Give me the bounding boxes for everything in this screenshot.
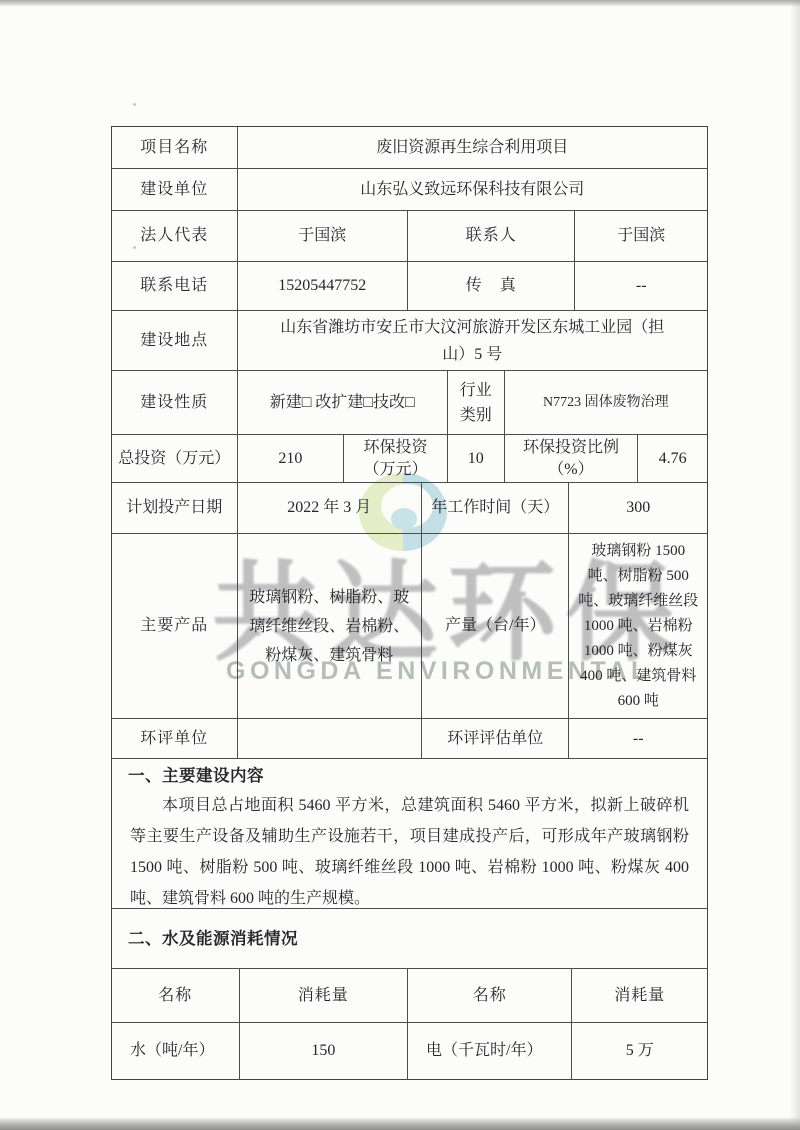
water-value: 150 [240,1023,408,1079]
phone-value: 15205447752 [238,262,408,310]
schedule-value: 2022 年 3 月 [238,483,422,533]
schedule-label: 计划投产日期 [112,483,238,533]
location-label: 建设地点 [112,311,238,370]
total-investment-value: 210 [238,435,345,482]
section-construction-content: 一、主要建设内容 本项目总占地面积 5460 平方米，总建筑面积 5460 平方… [112,759,707,909]
env-investment-label: 环保投资 （万元） [344,435,448,482]
products-label: 主要产品 [112,534,238,718]
project-name-value: 废旧资源再生综合利用项目 [238,127,707,168]
section1-paragraph: 本项目总占地面积 5460 平方米，总建筑面积 5460 平方米，拟新上破碎机等… [130,790,689,914]
scan-speck [133,103,136,106]
phone-label: 联系电话 [112,262,238,310]
section2-title: 二、水及能源消耗情况 [128,927,298,951]
row-location: 建设地点 山东省潍坊市安丘市大汶河旅游开发区东城工业园（担 山）5 号 [112,311,707,371]
products-value: 玻璃钢粉、树脂粉、玻 璃纤维丝段、岩棉粉、 粉煤灰、建筑骨料 [238,534,422,718]
fax-value: -- [575,262,707,310]
consumption-header-name-2: 名称 [408,969,572,1022]
output-value: 玻璃钢粉 1500 吨、树脂粉 500 吨、玻璃纤维丝段 1000 吨、岩棉粉 … [569,534,707,718]
location-value: 山东省潍坊市安丘市大汶河旅游开发区东城工业园（担 山）5 号 [238,311,707,370]
worktime-label: 年工作时间（天） [422,483,570,533]
consumption-header-name-1: 名称 [112,969,240,1022]
scan-edge-right [790,0,800,1130]
project-name-label: 项目名称 [112,127,238,168]
water-label: 水（吨/年） [112,1023,240,1079]
fax-label: 传 真 [408,262,575,310]
total-investment-label: 总投资（万元） [112,435,238,482]
nature-checkboxes: 新建□ 改扩建□技改□ [238,371,448,434]
electricity-value: 5 万 [572,1023,707,1079]
consumption-data-row: 水（吨/年） 150 电（千瓦时/年） 5 万 [112,1023,707,1079]
contact-value: 于国滨 [575,211,707,261]
builder-label: 建设单位 [112,169,238,210]
worktime-value: 300 [569,483,707,533]
nature-label: 建设性质 [112,371,238,434]
project-info-table: 项目名称 废旧资源再生综合利用项目 建设单位 山东弘义致远环保科技有限公司 法人… [111,126,708,1080]
row-project-name: 项目名称 废旧资源再生综合利用项目 [112,127,707,169]
scanned-document-page: 共达环保 GONGDA ENVIRONMENTAL 项目名称 废旧资源再生综合利… [0,0,800,1130]
env-ratio-value: 4.76 [638,435,707,482]
scan-edge-top [0,0,800,7]
builder-value: 山东弘义致远环保科技有限公司 [238,169,707,210]
contact-label: 联系人 [408,211,575,261]
electricity-label: 电（千瓦时/年） [408,1023,572,1079]
row-products: 主要产品 玻璃钢粉、树脂粉、玻 璃纤维丝段、岩棉粉、 粉煤灰、建筑骨料 产量（台… [112,534,707,719]
row-builder: 建设单位 山东弘义致远环保科技有限公司 [112,169,707,211]
eia-assess-label: 环评评估单位 [422,719,570,758]
legal-rep-label: 法人代表 [112,211,238,261]
row-nature: 建设性质 新建□ 改扩建□技改□ 行业 类别 N7723 固体废物治理 [112,371,707,435]
industry-class-label: 行业 类别 [448,371,505,434]
scan-edge-bottom [0,1117,800,1130]
row-legal-rep: 法人代表 于国滨 联系人 于国滨 [112,211,707,262]
legal-rep-value: 于国滨 [238,211,408,261]
section-water-energy: 二、水及能源消耗情况 [112,909,707,969]
row-eia: 环评单位 环评评估单位 -- [112,719,707,759]
eia-assess-value: -- [569,719,707,758]
consumption-header-amount-2: 消耗量 [572,969,707,1022]
env-investment-value: 10 [448,435,505,482]
eia-unit-label: 环评单位 [112,719,238,758]
scan-speck [133,246,136,249]
output-label: 产量（台/年） [422,534,570,718]
industry-class-value: N7723 固体废物治理 [505,371,707,434]
eia-unit-value [238,719,422,758]
row-schedule: 计划投产日期 2022 年 3 月 年工作时间（天） 300 [112,483,707,534]
row-investment: 总投资（万元） 210 环保投资 （万元） 10 环保投资比例 （%） 4.76 [112,435,707,483]
row-phone: 联系电话 15205447752 传 真 -- [112,262,707,311]
consumption-header-amount-1: 消耗量 [240,969,408,1022]
consumption-header-row: 名称 消耗量 名称 消耗量 [112,969,707,1023]
env-ratio-label: 环保投资比例 （%） [505,435,639,482]
section1-title: 一、主要建设内容 [128,764,691,788]
